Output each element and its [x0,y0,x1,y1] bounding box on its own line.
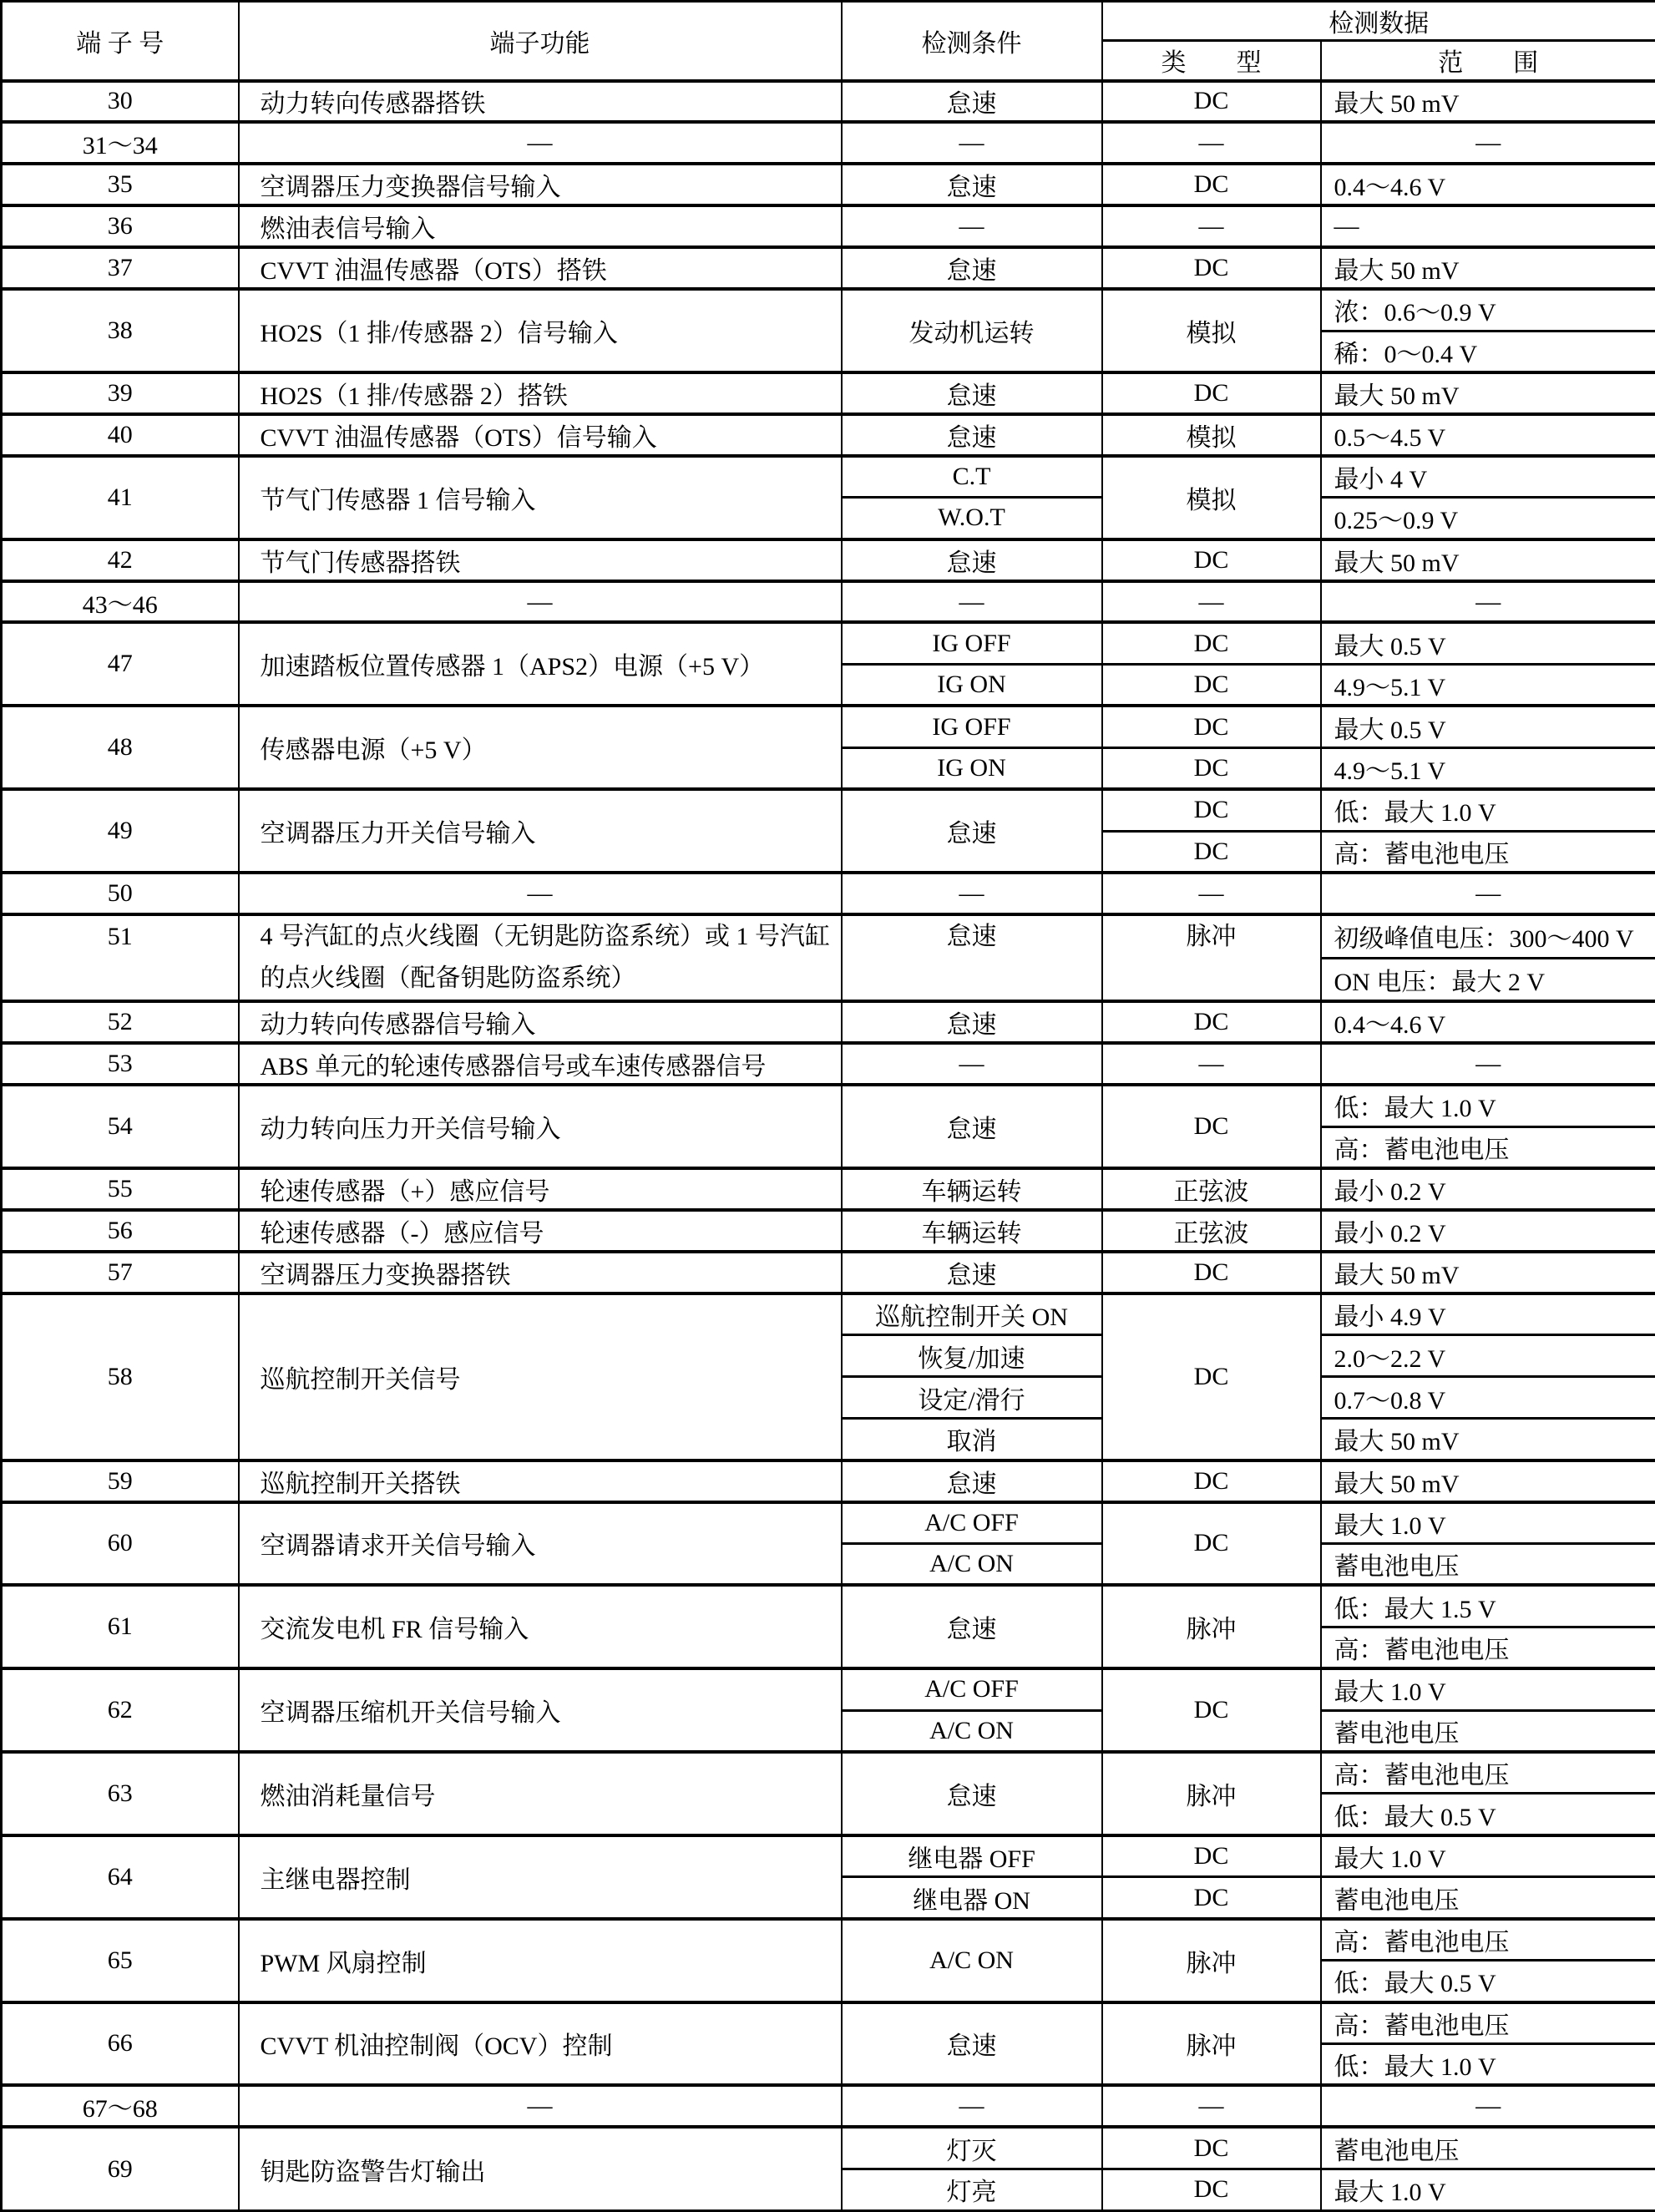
terminal-cell: 49 [2,789,239,873]
range-cell: 低：最大 1.0 V [1321,789,1655,831]
type-cell: DC [1102,706,1321,747]
terminal-cell: 62 [2,1668,239,1752]
function-cell: 巡航控制开关搭铁 [239,1460,842,1502]
function-cell: PWM 风扇控制 [239,1919,842,2002]
terminal-cell: 64 [2,1835,239,1919]
range-cell: 高：蓄电池电压 [1321,1919,1655,1961]
range-cell: 0.25～0.9 V [1321,498,1655,539]
type-cell: DC [1102,164,1321,205]
type-cell: 脉冲 [1102,914,1321,1002]
range-cell: 最小 0.2 V [1321,1210,1655,1252]
range-cell: 高：蓄电池电压 [1321,831,1655,873]
range-cell: 0.4～4.6 V [1321,164,1655,205]
condition-cell: 怠速 [842,164,1102,205]
range-cell: 最大 50 mV [1321,247,1655,289]
range-cell: 最大 50 mV [1321,1460,1655,1502]
range-cell: — [1321,205,1655,247]
terminal-cell: 54 [2,1085,239,1168]
type-cell: DC [1102,1460,1321,1502]
table-row: 40CVVT 油温传感器（OTS）信号输入怠速模拟0.5～4.5 V [2,414,1655,456]
type-cell: 脉冲 [1102,2002,1321,2086]
terminal-cell: 53 [2,1043,239,1085]
type-cell: DC [1102,1877,1321,1919]
condition-cell: 恢复/加速 [842,1335,1102,1377]
range-cell: 蓄电池电压 [1321,1877,1655,1919]
condition-cell: 怠速 [842,81,1102,123]
condition-cell: C.T [842,456,1102,498]
type-cell: DC [1102,831,1321,873]
function-cell: HO2S（1 排/传感器 2）信号输入 [239,289,842,372]
terminal-cell: 31～34 [2,122,239,164]
type-cell: 模拟 [1102,289,1321,372]
condition-cell: 怠速 [842,1252,1102,1293]
function-cell: 钥匙防盗警告灯输出 [239,2127,842,2210]
function-cell: 巡航控制开关信号 [239,1293,842,1460]
function-cell: — [239,581,842,623]
table-row: 514 号汽缸的点火线圈（无钥匙防盗系统）或 1 号汽缸 的点火线圈（配备钥匙防… [2,914,1655,958]
type-cell: 脉冲 [1102,1919,1321,2002]
condition-cell: 取消 [842,1419,1102,1460]
table-row: 63燃油消耗量信号怠速脉冲高：蓄电池电压 [2,1752,1655,1794]
table-row: 47加速踏板位置传感器 1（APS2）电源（+5 V）IG OFFDC最大 0.… [2,622,1655,664]
range-cell: — [1321,1043,1655,1085]
condition-cell: 怠速 [842,1752,1102,1835]
condition-cell: 发动机运转 [842,289,1102,372]
range-cell: 低：最大 1.5 V [1321,1585,1655,1627]
condition-cell: 怠速 [842,247,1102,289]
condition-cell: — [842,2085,1102,2127]
terminal-cell: 38 [2,289,239,372]
table-row: 53ABS 单元的轮速传感器信号或车速传感器信号——— [2,1043,1655,1085]
range-cell: 最大 0.5 V [1321,706,1655,747]
condition-cell: 怠速 [842,372,1102,414]
condition-cell: IG OFF [842,706,1102,747]
type-cell: 正弦波 [1102,1168,1321,1210]
range-cell: 0.4～4.6 V [1321,1001,1655,1043]
function-cell: — [239,2085,842,2127]
condition-cell: A/C ON [842,1919,1102,2002]
range-cell: 蓄电池电压 [1321,1543,1655,1585]
condition-cell: 继电器 OFF [842,1835,1102,1877]
terminal-cell: 60 [2,1502,239,1586]
function-cell: 动力转向传感器信号输入 [239,1001,842,1043]
table-row: 42节气门传感器搭铁怠速DC最大 50 mV [2,539,1655,581]
function-cell: 轮速传感器（+）感应信号 [239,1168,842,1210]
condition-cell: — [842,581,1102,623]
table-row: 60空调器请求开关信号输入A/C OFFDC最大 1.0 V [2,1502,1655,1544]
function-cell: CVVT 油温传感器（OTS）搭铁 [239,247,842,289]
function-cell: 动力转向传感器搭铁 [239,81,842,123]
type-cell: DC [1102,372,1321,414]
condition-cell: 怠速 [842,789,1102,873]
type-cell: DC [1102,1668,1321,1752]
range-cell: 浓：0.6～0.9 V [1321,289,1655,331]
range-cell: — [1321,122,1655,164]
col-header-terminal: 端 子 号 [2,2,239,81]
type-cell: DC [1102,1252,1321,1293]
condition-cell: — [842,122,1102,164]
table-row: 64主继电器控制继电器 OFFDC最大 1.0 V [2,1835,1655,1877]
condition-cell: 灯亮 [842,2169,1102,2210]
col-header-range: 范 围 [1321,41,1655,81]
condition-cell: 怠速 [842,2002,1102,2086]
range-cell: 高：蓄电池电压 [1321,1627,1655,1668]
type-cell: DC [1102,1001,1321,1043]
type-cell: 脉冲 [1102,1752,1321,1835]
type-cell: DC [1102,664,1321,706]
table-row: 59巡航控制开关搭铁怠速DC最大 50 mV [2,1460,1655,1502]
terminal-cell: 59 [2,1460,239,1502]
col-header-type: 类 型 [1102,41,1321,81]
condition-cell: A/C OFF [842,1668,1102,1710]
range-cell: 最大 50 mV [1321,372,1655,414]
condition-cell: IG ON [842,664,1102,706]
terminal-cell: 66 [2,2002,239,2086]
type-cell: 正弦波 [1102,1210,1321,1252]
function-cell: 动力转向压力开关信号输入 [239,1085,842,1168]
function-cell: ABS 单元的轮速传感器信号或车速传感器信号 [239,1043,842,1085]
range-cell: — [1321,873,1655,914]
condition-cell: 怠速 [842,539,1102,581]
condition-cell: 怠速 [842,1001,1102,1043]
range-cell: 低：最大 1.0 V [1321,1085,1655,1126]
type-cell: DC [1102,539,1321,581]
terminal-cell: 50 [2,873,239,914]
terminal-cell: 57 [2,1252,239,1293]
table-row: 37CVVT 油温传感器（OTS）搭铁怠速DC最大 50 mV [2,247,1655,289]
range-cell: 2.0～2.2 V [1321,1335,1655,1377]
table-row: 66CVVT 机油控制阀（OCV）控制怠速脉冲高：蓄电池电压 [2,2002,1655,2044]
condition-cell: — [842,873,1102,914]
range-cell: 4.9～5.1 V [1321,747,1655,789]
table-row: 52动力转向传感器信号输入怠速DC0.4～4.6 V [2,1001,1655,1043]
type-cell: DC [1102,2169,1321,2210]
type-cell: DC [1102,1085,1321,1168]
condition-cell: A/C ON [842,1710,1102,1752]
condition-cell: — [842,1043,1102,1085]
range-cell: 最小 0.2 V [1321,1168,1655,1210]
range-cell: 高：蓄电池电压 [1321,1126,1655,1168]
condition-cell: 灯灭 [842,2127,1102,2169]
range-cell: 低：最大 0.5 V [1321,1961,1655,2002]
table-row: 50———— [2,873,1655,914]
range-cell: 0.5～4.5 V [1321,414,1655,456]
range-cell: 最小 4.9 V [1321,1293,1655,1335]
type-cell: DC [1102,747,1321,789]
terminal-cell: 56 [2,1210,239,1252]
condition-cell: 怠速 [842,1085,1102,1168]
type-cell: DC [1102,1293,1321,1460]
range-cell: 最大 1.0 V [1321,1502,1655,1544]
col-header-function: 端子功能 [239,2,842,81]
range-cell: 4.9～5.1 V [1321,664,1655,706]
condition-cell: 怠速 [842,914,1102,1002]
condition-cell: 设定/滑行 [842,1377,1102,1419]
table-row: 67～68———— [2,2085,1655,2127]
type-cell: DC [1102,622,1321,664]
range-cell: 最大 50 mV [1321,1252,1655,1293]
range-cell: 0.7～0.8 V [1321,1377,1655,1419]
range-cell: 低：最大 1.0 V [1321,2043,1655,2085]
table-row: 36燃油表信号输入——— [2,205,1655,247]
terminal-cell: 61 [2,1585,239,1668]
table-row: 61交流发电机 FR 信号输入怠速脉冲低：最大 1.5 V [2,1585,1655,1627]
function-cell: — [239,873,842,914]
type-cell: DC [1102,789,1321,831]
range-cell: 高：蓄电池电压 [1321,2002,1655,2044]
range-cell: 最大 50 mV [1321,81,1655,123]
range-cell: 最小 4 V [1321,456,1655,498]
table-row: 54动力转向压力开关信号输入怠速DC低：最大 1.0 V [2,1085,1655,1126]
terminal-cell: 48 [2,706,239,789]
function-cell: 节气门传感器搭铁 [239,539,842,581]
table-row: 35空调器压力变换器信号输入怠速DC0.4～4.6 V [2,164,1655,205]
condition-cell: 怠速 [842,1585,1102,1668]
table-row: 48传感器电源（+5 V）IG OFFDC最大 0.5 V [2,706,1655,747]
range-cell: 最大 1.0 V [1321,2169,1655,2210]
terminal-cell: 52 [2,1001,239,1043]
type-cell: 模拟 [1102,456,1321,539]
function-cell: 节气门传感器 1 信号输入 [239,456,842,539]
function-cell: HO2S（1 排/传感器 2）搭铁 [239,372,842,414]
range-cell: 稀：0～0.4 V [1321,331,1655,372]
condition-cell: 继电器 ON [842,1877,1102,1919]
table-row: 49空调器压力开关信号输入怠速DC低：最大 1.0 V [2,789,1655,831]
type-cell: — [1102,873,1321,914]
function-cell: 传感器电源（+5 V） [239,706,842,789]
function-cell: 主继电器控制 [239,1835,842,1919]
col-header-data-group: 检测数据 [1102,2,1655,41]
condition-cell: 怠速 [842,1460,1102,1502]
function-cell: 燃油表信号输入 [239,205,842,247]
range-cell: 高：蓄电池电压 [1321,1752,1655,1794]
range-cell: 最大 1.0 V [1321,1668,1655,1710]
terminal-spec-page: 端 子 号 端子功能 检测条件 检测数据 类 型 范 围 30动力转向传感器搭铁… [0,0,1655,2212]
table-row: 58巡航控制开关信号巡航控制开关 ONDC最小 4.9 V [2,1293,1655,1335]
condition-cell: 巡航控制开关 ON [842,1293,1102,1335]
condition-cell: A/C OFF [842,1502,1102,1544]
terminal-cell: 51 [2,914,239,1002]
function-cell: 轮速传感器（-）感应信号 [239,1210,842,1252]
terminal-cell: 30 [2,81,239,123]
table-row: 62空调器压缩机开关信号输入A/C OFFDC最大 1.0 V [2,1668,1655,1710]
function-cell: 燃油消耗量信号 [239,1752,842,1835]
col-header-condition: 检测条件 [842,2,1102,81]
function-cell: CVVT 机油控制阀（OCV）控制 [239,2002,842,2086]
range-cell: ON 电压：最大 2 V [1321,958,1655,1001]
function-cell: 空调器请求开关信号输入 [239,1502,842,1586]
terminal-cell: 47 [2,622,239,706]
terminal-cell: 40 [2,414,239,456]
table-row: 57空调器压力变换器搭铁怠速DC最大 50 mV [2,1252,1655,1293]
table-row: 41节气门传感器 1 信号输入C.T模拟最小 4 V [2,456,1655,498]
type-cell: DC [1102,2127,1321,2169]
type-cell: 模拟 [1102,414,1321,456]
range-cell: 最大 1.0 V [1321,1835,1655,1877]
function-cell: 空调器压缩机开关信号输入 [239,1668,842,1752]
range-cell: 蓄电池电压 [1321,2127,1655,2169]
terminal-cell: 55 [2,1168,239,1210]
terminal-cell: 69 [2,2127,239,2210]
type-cell: — [1102,205,1321,247]
terminal-cell: 43～46 [2,581,239,623]
condition-cell: A/C ON [842,1543,1102,1585]
table-row: 39HO2S（1 排/传感器 2）搭铁怠速DC最大 50 mV [2,372,1655,414]
function-cell: 交流发电机 FR 信号输入 [239,1585,842,1668]
condition-cell: IG ON [842,747,1102,789]
type-cell: — [1102,1043,1321,1085]
range-cell: 最大 50 mV [1321,1419,1655,1460]
condition-cell: — [842,205,1102,247]
table-row: 65PWM 风扇控制A/C ON脉冲高：蓄电池电压 [2,1919,1655,1961]
table-row: 30动力转向传感器搭铁怠速DC最大 50 mV [2,81,1655,123]
terminal-cell: 63 [2,1752,239,1835]
type-cell: 脉冲 [1102,1585,1321,1668]
terminal-cell: 36 [2,205,239,247]
condition-cell: 怠速 [842,414,1102,456]
function-cell: 加速踏板位置传感器 1（APS2）电源（+5 V） [239,622,842,706]
type-cell: DC [1102,247,1321,289]
table-row: 55轮速传感器（+）感应信号车辆运转正弦波最小 0.2 V [2,1168,1655,1210]
range-cell: 蓄电池电压 [1321,1710,1655,1752]
terminal-cell: 65 [2,1919,239,2002]
type-cell: — [1102,581,1321,623]
terminal-cell: 42 [2,539,239,581]
condition-cell: IG OFF [842,622,1102,664]
table-row: 69钥匙防盗警告灯输出灯灭DC蓄电池电压 [2,2127,1655,2169]
terminal-cell: 67～68 [2,2085,239,2127]
function-cell: CVVT 油温传感器（OTS）信号输入 [239,414,842,456]
table-row: 56轮速传感器（-）感应信号车辆运转正弦波最小 0.2 V [2,1210,1655,1252]
header-row-1: 端 子 号 端子功能 检测条件 检测数据 [2,2,1655,41]
type-cell: — [1102,2085,1321,2127]
function-cell: 空调器压力变换器搭铁 [239,1252,842,1293]
function-cell: — [239,122,842,164]
table-row: 31～34———— [2,122,1655,164]
range-cell: 低：最大 0.5 V [1321,1794,1655,1835]
range-cell: 最大 0.5 V [1321,622,1655,664]
type-cell: DC [1102,1835,1321,1877]
function-cell: 空调器压力变换器信号输入 [239,164,842,205]
type-cell: — [1102,122,1321,164]
condition-cell: 车辆运转 [842,1168,1102,1210]
terminal-cell: 41 [2,456,239,539]
terminal-cell: 37 [2,247,239,289]
condition-cell: W.O.T [842,498,1102,539]
terminal-cell: 39 [2,372,239,414]
condition-cell: 车辆运转 [842,1210,1102,1252]
range-cell: 最大 50 mV [1321,539,1655,581]
range-cell: — [1321,2085,1655,2127]
table-row: 43～46———— [2,581,1655,623]
range-cell: 初级峰值电压：300～400 V [1321,914,1655,958]
range-cell: — [1321,581,1655,623]
terminal-cell: 58 [2,1293,239,1460]
function-cell: 空调器压力开关信号输入 [239,789,842,873]
type-cell: DC [1102,81,1321,123]
terminal-cell: 35 [2,164,239,205]
function-cell: 4 号汽缸的点火线圈（无钥匙防盗系统）或 1 号汽缸 的点火线圈（配备钥匙防盗系… [239,914,842,1002]
table-row: 38HO2S（1 排/传感器 2）信号输入发动机运转模拟浓：0.6～0.9 V [2,289,1655,331]
type-cell: DC [1102,1502,1321,1586]
terminal-spec-table: 端 子 号 端子功能 检测条件 检测数据 类 型 范 围 30动力转向传感器搭铁… [0,0,1655,2212]
